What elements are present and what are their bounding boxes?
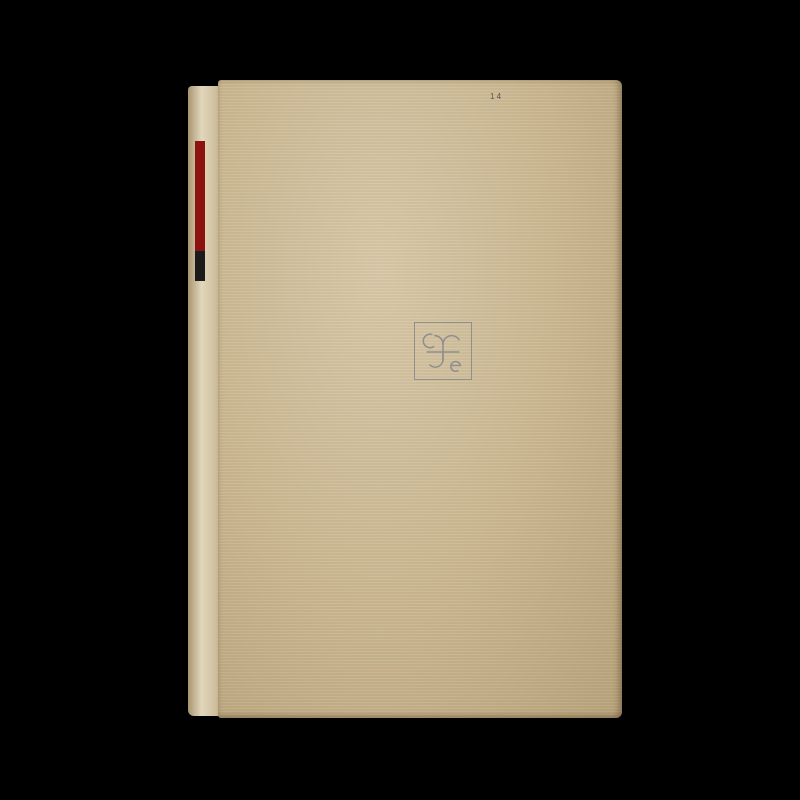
spine-label-red xyxy=(195,141,205,251)
fce-monogram-icon xyxy=(414,322,472,380)
book-cover: 1 4 xyxy=(218,80,622,718)
book: 1 4 xyxy=(188,80,622,720)
pencil-marks: 1 4 xyxy=(490,92,501,101)
spine-label-black xyxy=(195,251,205,281)
book-spine xyxy=(188,86,222,716)
